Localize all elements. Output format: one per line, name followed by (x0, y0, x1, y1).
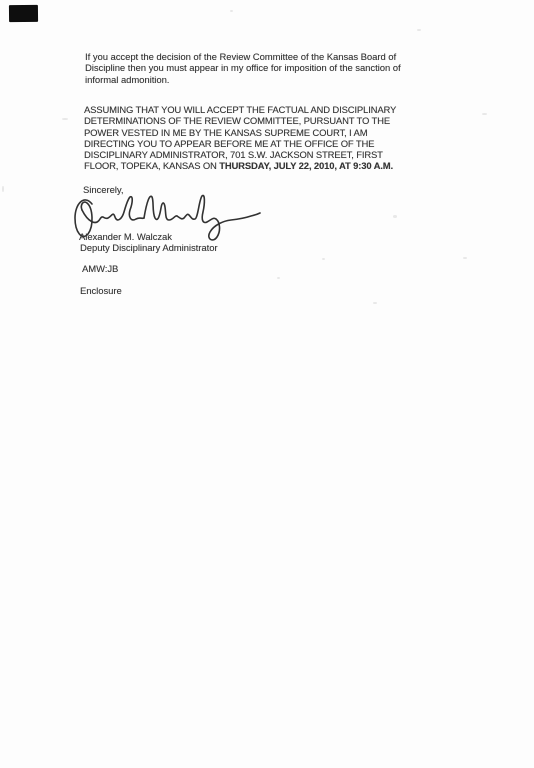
text-line: FLOOR, TOPEKA, KANSAS ON THURSDAY, JULY … (84, 160, 440, 171)
text-segment: FLOOR, TOPEKA, KANSAS ON (84, 160, 219, 171)
scan-speck (393, 215, 397, 218)
scan-speck (463, 257, 467, 259)
scan-speck (482, 113, 487, 115)
letter-page: If you accept the decision of the Review… (0, 0, 534, 768)
enclosure-note: Enclosure (80, 285, 122, 296)
scan-speck (2, 186, 4, 192)
text-line: ASSUMING THAT YOU WILL ACCEPT THE FACTUA… (84, 104, 440, 115)
text-line: DETERMINATIONS OF THE REVIEW COMMITTEE, … (84, 115, 440, 126)
intro-paragraph: If you accept the decision of the Review… (85, 51, 435, 85)
scan-speck (62, 118, 68, 120)
scan-speck (230, 10, 233, 12)
scan-speck (277, 277, 280, 279)
signer-name: Alexander M. Walczak (79, 231, 172, 242)
scan-speck (417, 29, 421, 31)
text-line: DISCIPLINARY ADMINISTRATOR, 701 S.W. JAC… (84, 149, 440, 160)
text-line: DIRECTING YOU TO APPEAR BEFORE ME AT THE… (84, 138, 440, 149)
hearing-date-bold: THURSDAY, JULY 22, 2010, AT 9:30 A.M. (219, 160, 393, 171)
text-line: Discipline then you must appear in my of… (85, 62, 435, 73)
directive-paragraph: ASSUMING THAT YOU WILL ACCEPT THE FACTUA… (84, 104, 440, 172)
scan-speck (373, 302, 377, 304)
reference-initials: AMW:JB (82, 263, 118, 274)
signer-title: Deputy Disciplinary Administrator (80, 242, 218, 253)
text-line: informal admonition. (85, 74, 435, 85)
text-line: POWER VESTED IN ME BY THE KANSAS SUPREME… (84, 127, 440, 138)
text-line: If you accept the decision of the Review… (85, 51, 435, 62)
scan-artifact-block (9, 5, 38, 22)
scan-speck (322, 258, 325, 260)
